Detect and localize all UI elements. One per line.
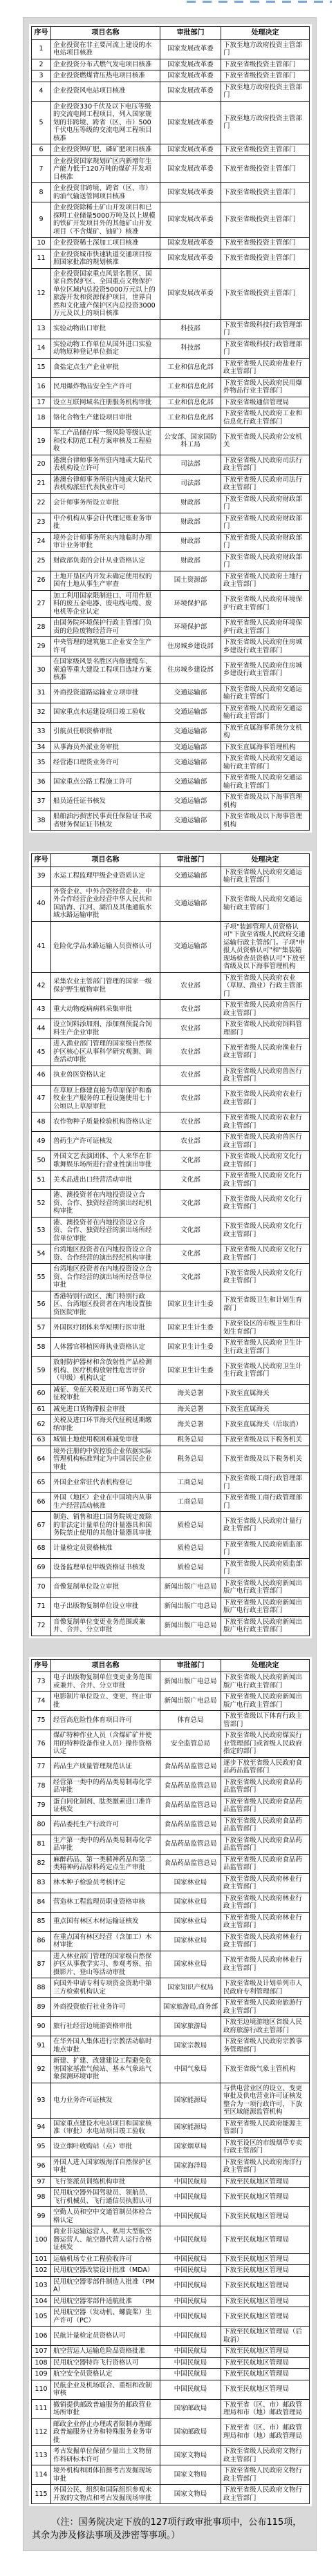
project-name-cell: 计量检定员资格核准 <box>51 1539 160 1558</box>
decision-cell: 下放至省级及以下税务机关 <box>221 1434 310 1446</box>
table-row: 68计量检定员资格核准质检总局下放至省级人民政府质监部门 <box>32 1539 310 1558</box>
seq-cell: 68 <box>32 1539 51 1558</box>
department-cell: 新闻出版广电总局 <box>160 1616 221 1636</box>
decision-cell: 下放至省级以下体育行政主管部门 <box>221 1711 310 1730</box>
decision-cell: 下放至省级投资主管部门 <box>221 59 310 70</box>
department-cell: 农业部 <box>160 1039 221 1066</box>
decision-cell: 下放至民航地区管理局 <box>221 2357 310 2369</box>
seq-cell: 70 <box>32 1578 51 1597</box>
seq-cell: 58 <box>32 1338 51 1357</box>
project-name-cell: 企业投资钾矿肥、磷矿肥项目核准 <box>51 144 160 156</box>
decision-cell: 下放至民航地区管理局 <box>221 2380 310 2399</box>
table-row: 39水运工程监理甲级企业资质认定交通运输部下放至省级人民政府交通运输行政主管部门 <box>32 866 310 886</box>
decision-cell: 下放至民航地区管理局 <box>221 2265 310 2277</box>
decision-cell: 下放至省级及计划单列市人民政府专利管理部门 <box>221 1978 310 1998</box>
seq-cell: 62 <box>32 1415 51 1434</box>
project-name-cell: 引航员任职资格审批 <box>51 722 160 741</box>
department-cell: 工业和信息化部 <box>160 397 221 408</box>
project-name-cell: 减征、免征关税及进口环节海关代征税审批 <box>51 1384 160 1403</box>
project-name-cell: 电力业务许可证核发 <box>51 2083 160 2118</box>
department-cell: 新闻出版广电总局 <box>160 1692 221 1711</box>
decision-cell: 下放至省级人民政府财政部门 <box>221 513 310 532</box>
table-row: 24境外会计师事务所来内地临时办理审计业务审批财政部下放至省级人民政府财政部门 <box>32 532 310 551</box>
decision-cell: 下放至民航地区管理局 <box>221 2188 310 2207</box>
seq-cell: 5 <box>32 101 51 144</box>
table-row: 62关税及进口环节海关代征税延期缴纳审批海关总署下放至直属海关（后取消） <box>32 1415 310 1434</box>
table-row: 81生产第一类中的药品类易制毒化学品审批食品药品监管总局下放至省级人民政府食品药… <box>32 1835 310 1854</box>
department-cell: 住房城乡建设部 <box>160 656 221 684</box>
seq-cell: 61 <box>32 1403 51 1415</box>
department-cell: 国家发展改革委 <box>160 268 221 319</box>
table-row: 22会计师事务所设立审批财政部下放至省级人民政府财政部门 <box>32 493 310 513</box>
table-row: 6企业投资钾矿肥、磷矿肥项目核准国家发展改革委下放至省级投资主管部门 <box>32 144 310 156</box>
table-row: 49兽药生产许可证核发农业部下放至省级人民政府兽医行政主管部门 <box>32 1132 310 1151</box>
decision-cell: 下放至省级人民政府能源主管部门 <box>221 2118 310 2137</box>
seq-cell: 101 <box>32 2253 51 2265</box>
department-cell: 交通运输部 <box>160 811 221 831</box>
project-name-cell: 制造、销售和进口国务院规定废除的非法定计量单位的计量器具和国务院禁止使用的其他计… <box>51 1512 160 1540</box>
department-cell: 环境保护部 <box>160 618 221 637</box>
department-cell: 交通运输部 <box>160 753 221 773</box>
footnote-text: （注：国务院决定下放的127项行政审批事项中，公布115项，其余为涉及修法事项及… <box>32 2516 309 2542</box>
decision-cell: 下放至省级人民政府交通运输行政主管部门 <box>221 703 310 722</box>
seq-cell: 108 <box>32 2357 51 2369</box>
department-cell: 国家发展改革委 <box>160 82 221 101</box>
project-name-cell: 蛋白同化制剂、肽类激素进口准许证核发 <box>51 1796 160 1815</box>
decision-cell: 下放至民航地区管理局 <box>221 2226 310 2254</box>
department-cell: 文化部 <box>160 1171 221 1190</box>
project-name-cell: 企业投资燃煤背压热电项目核准 <box>51 70 160 82</box>
table-row: 46执业兽医资格认定农业部下放至省级人民政府兽医行政主管部门 <box>32 1066 310 1085</box>
table-row: 10企业投资稀土深加工项目核准国家发展改革委下放至省级投资主管部门 <box>32 238 310 249</box>
decision-cell: 下放至直属海事系统分支机构 <box>221 722 310 741</box>
table-row: 57外国医疗团体来华短期行医审批国家卫生计生委下放至设区的市级卫生和计划生育部门 <box>32 1318 310 1338</box>
table-row: 1企业投资在非主要河流上建设的水电站项目核准国家发展改革委下放至地方政府投资主管… <box>32 39 310 59</box>
decision-cell: 下放至省级投资主管部门 <box>221 249 310 268</box>
decision-cell: 下放至民航地区管理局 <box>221 2295 310 2307</box>
decision-cell: 下放至省级投资主管部门 <box>221 268 310 319</box>
department-cell: 国家能源局 <box>160 2118 221 2137</box>
seq-cell: 24 <box>32 532 51 551</box>
seq-cell: 46 <box>32 1066 51 1085</box>
table-page: 序号项目名称审批部门处理决定73电子出版物复制单位变更业务范围或兼并、合并、分立… <box>29 1657 312 2507</box>
project-name-cell: 新建、扩建、改建建设工程避免危害国家基准气候站、基本气象站气象探测环境审批 <box>51 2056 160 2083</box>
seq-cell: 13 <box>32 319 51 339</box>
project-name-cell: 香港特别行政区、澳门特别行政区、台湾地区投资者在内地设置独资医院审批 <box>51 1291 160 1318</box>
seq-cell: 78 <box>32 1777 51 1796</box>
decision-cell: 下放至省级人民政府质监部门 <box>221 1539 310 1558</box>
seq-cell: 92 <box>32 2056 51 2083</box>
table-row: 35经营港口理货业务许可交通运输部下放至省级人民政府交通运输行政主管部门 <box>32 753 310 773</box>
seq-cell: 66 <box>32 1493 51 1512</box>
table-row: 18铬化合物生产建设项目审批工业和信息化部下放至省级人民政府工业和信息化行政主管… <box>32 408 310 428</box>
decision-cell: 下放至省级人民政府农业行政主管部门 <box>221 1112 310 1132</box>
decision-cell: 下放至省级及以下海事管理机构 <box>221 792 310 811</box>
department-cell: 住房城乡建设部 <box>160 637 221 656</box>
decision-cell: 下放至地方政府投资主管部门 <box>221 82 310 101</box>
decision-cell: 下放至省级人民政府农业（草原、渔业）行政主管部门 <box>221 972 310 1000</box>
department-cell: 农业部 <box>160 1132 221 1151</box>
department-cell: 中国民航局 <box>160 2327 221 2346</box>
seq-cell: 60 <box>32 1384 51 1403</box>
seq-cell: 40 <box>32 886 51 921</box>
seq-cell: 115 <box>32 2485 51 2504</box>
table-row: 74电影制片单位设立、变更、终止审批新闻出版广电总局下放至省级人民政府新闻出版广… <box>32 1692 310 1711</box>
seq-cell: 106 <box>32 2327 51 2346</box>
table-header-row: 序号项目名称审批部门处理决定 <box>32 1659 310 1672</box>
department-cell: 交通运输部 <box>160 741 221 753</box>
project-name-cell: 危险化学品水路运输人员资格认可 <box>51 921 160 972</box>
decision-cell: 下放至省（区、市）邮政管理局和市（地）邮政管理局 <box>221 2399 310 2418</box>
seq-cell: 99 <box>32 2207 51 2226</box>
project-name-cell: 中央管理的建筑施工企业安全生产许可 <box>51 637 160 656</box>
table-row: 52港、澳投资者在内地投资设立合资、合作、独资经营的演出经纪机构审批文化部下放至… <box>32 1190 310 1218</box>
table-row: 103民用航空器零部件制造人批准（PMA）中国民航局下放至民航地区管理局 <box>32 2276 310 2295</box>
project-name-cell: 药品生产质量管理规范认证 <box>51 1757 160 1777</box>
decision-cell: 下放至民航地区管理局 <box>221 2346 310 2358</box>
project-name-cell: 企业投资在非主要河流上建设的水电站项目核准 <box>51 39 160 59</box>
department-cell: 国家宗教局 <box>160 2036 221 2056</box>
project-name-cell: 空勤人员和空中交通管制员体检合格认定 <box>51 2207 160 2226</box>
seq-cell: 2 <box>32 59 51 70</box>
seq-cell: 114 <box>32 2465 51 2485</box>
project-name-cell: 人体器官移植医师执业资格认定 <box>51 1338 160 1357</box>
column-header: 项目名称 <box>51 854 160 867</box>
seq-cell: 3 <box>32 70 51 82</box>
project-name-cell: 台湾地区投资者在内地投资设立合资、合作经营的演出场所经营单位审批 <box>51 1264 160 1291</box>
seq-cell: 55 <box>32 1264 51 1291</box>
project-name-cell: 美术品进出口经营活动审批 <box>51 1171 160 1190</box>
project-name-cell: 由国务院环境保护行政主管部门负责的危险废物经营许可 <box>51 618 160 637</box>
table-row: 99空勤人员和空中交通管制员体检合格认定中国民航局下放至民航地区管理局 <box>32 2207 310 2226</box>
table-row: 79蛋白同化制剂、肽类激素进口准许证核发食品药品监管总局下放至省级人民政府食品药… <box>32 1796 310 1815</box>
department-cell: 文化部 <box>160 1244 221 1264</box>
seq-cell: 29 <box>32 637 51 656</box>
decision-cell: 下放至省级人民政府新闻出版广电行政主管部门 <box>221 1692 310 1711</box>
table-row: 29中央管理的建筑施工企业安全生产许可住房城乡建设部下放至省级人民政府住房城乡建… <box>32 637 310 656</box>
seq-cell: 77 <box>32 1757 51 1777</box>
table-row: 31外商投资道路运输业立项审批交通运输部下放至省级人民政府交通运输行政主管部门 <box>32 683 310 703</box>
department-cell: 中国民航局 <box>160 2226 221 2254</box>
department-cell: 质检总局 <box>160 1558 221 1578</box>
table-row: 53港、澳投资者在内地投资设立合资、合作、独资经营的演出场所经营单位审批文化部下… <box>32 1217 310 1244</box>
decision-cell: 下放至省级人民政府交通运输行政主管部门 <box>221 773 310 792</box>
project-name-cell: 农作物种子质量检验机构资格认定 <box>51 1112 160 1132</box>
table-row: 69设备监理单位甲级资格证书核发质检总局下放至省级人民政府质监部门 <box>32 1558 310 1578</box>
department-cell: 财政部 <box>160 551 221 571</box>
department-cell: 国家发展改革委 <box>160 249 221 268</box>
table-row: 50外国文艺表演团体、个人来华在非歌舞娱乐场所进行营业性演出审批文化部下放至省级… <box>32 1151 310 1171</box>
project-name-cell: 音像复制单位设立审批 <box>51 1578 160 1597</box>
table-row: 48农作物种子质量检验机构资格认定农业部下放至省级人民政府农业行政主管部门 <box>32 1112 310 1132</box>
project-name-cell: 考古发掘单位保留少量出土文物留作科研标本许可 <box>51 2446 160 2465</box>
table-row: 45进入渔业部门管理的国家级自然保护区核心区从事科学研究观测、调查活动审批农业部… <box>32 1039 310 1066</box>
department-cell: 国家邮政局 <box>160 2418 221 2446</box>
seq-cell: 43 <box>32 1000 51 1019</box>
seq-cell: 26 <box>32 571 51 590</box>
table-row: 85重点国有林区木材运输证核发国家林业局下放至省级人民政府林业行政主管部门 <box>32 1912 310 1931</box>
decision-cell: 下放至民航地区管理局 <box>221 2253 310 2265</box>
project-name-cell: 台湾地区投资者在内地投资设立合资、合作经营的演出经纪机构审批 <box>51 1244 160 1264</box>
decision-cell: 下放至直属海关 <box>221 1384 310 1403</box>
project-name-cell: 生产第一类中的药品类易制毒化学品审批 <box>51 1835 160 1854</box>
seq-cell: 95 <box>32 2137 51 2157</box>
department-cell: 国家发展改革委 <box>160 59 221 70</box>
department-cell: 海关总署 <box>160 1415 221 1434</box>
department-cell: 国家林业局 <box>160 1873 221 1893</box>
table-row: 100商业非运输运营人、私用大型航空器运营人、航空器代营人运行合格证核发中国民航… <box>32 2226 310 2254</box>
table-row: 27加工利用国家限制进口、可用作原料的废五金电器、废电线电缆、废电机等企业认定环… <box>32 590 310 618</box>
seq-cell: 42 <box>32 972 51 1000</box>
decision-cell: 下放至省级科技行政管理部门 <box>221 319 310 339</box>
decision-cell: 下放至省级人民政府住房城乡建设行政主管部门 <box>221 656 310 684</box>
seq-cell: 36 <box>32 773 51 792</box>
table-page: 序号项目名称审批部门处理决定1企业投资在非主要河流上建设的水电站项目核准国家发展… <box>29 24 312 833</box>
department-cell: 工业和信息化部 <box>160 377 221 397</box>
project-name-cell: 营造林工程监理员职业资格审核 <box>51 1893 160 1912</box>
decision-cell: 下放至省级人民政府煤炭行业管理部门或省级人民政府指定的部门 <box>221 1730 310 1758</box>
table-pages: 序号项目名称审批部门处理决定1企业投资在非主要河流上建设的水电站项目核准国家发展… <box>29 24 312 2506</box>
department-cell: 海关总署 <box>160 1384 221 1403</box>
department-cell: 农业部 <box>160 1019 221 1039</box>
decision-cell: 下放至省级人民政府财政部门 <box>221 493 310 513</box>
project-name-cell: 中介机构从事会计代理记账业务审批 <box>51 513 160 532</box>
seq-cell: 75 <box>32 1711 51 1730</box>
decision-cell: 下放至省级人民政府交通运输行政主管部门 <box>221 753 310 773</box>
seq-cell: 81 <box>32 1835 51 1854</box>
department-cell: 体育总局 <box>160 1711 221 1730</box>
table-row: 20港澳台律师事务所驻内地或大陆代表机构设立许可司法部下放至省级人民政府司法行政… <box>32 455 310 474</box>
department-cell: 国家邮政局 <box>160 2399 221 2418</box>
decision-cell: 下放至省级投资主管部门 <box>221 202 310 238</box>
department-cell: 中国民航局 <box>160 2207 221 2226</box>
decision-cell: 下放至省级投资主管部门 <box>221 144 310 156</box>
department-cell: 国家卫生计生委 <box>160 1338 221 1357</box>
project-name-cell: 在国家级风景名胜区内修建缆车、索道等重大建设工程项目选址方案核准 <box>51 656 160 684</box>
project-name-cell: 国家重点公路工程施工许可 <box>51 773 160 792</box>
column-header: 处理决定 <box>221 1659 310 1672</box>
seq-cell: 79 <box>32 1796 51 1815</box>
table-row: 82麻醉药品、第一类精神药品和第二类精神药品原料药定点生产审批食品药品监管总局下… <box>32 1854 310 1873</box>
department-cell: 科技部 <box>160 319 221 339</box>
table-row: 110民航企业及机场联合、重组和改制审核中国民航局下放至民航地区管理局 <box>32 2380 310 2399</box>
department-cell: 中国民航局 <box>160 2176 221 2188</box>
decision-cell: 下放至直属海关 <box>221 1403 310 1415</box>
seq-cell: 83 <box>32 1873 51 1893</box>
project-name-cell: 外国人进入国家级海洋自然保护区审批 <box>51 2157 160 2176</box>
decision-cell: 下放至省级人民政府宗教事务管理部门 <box>221 2036 310 2056</box>
project-name-cell: 土地开垦区内开发未确定使用权的国有土地从事生产审查 <box>51 571 160 590</box>
decision-cell: 下放至省级人民政府林业行政主管部门 <box>221 1951 310 1978</box>
project-name-cell: 境外会计师事务所来内地临时办理审计业务审批 <box>51 532 160 551</box>
column-header: 项目名称 <box>51 27 160 40</box>
table-row: 5企业投资330千伏及以下电压等级的交流电网工程项目，列入国家规划的非跨境、跨省… <box>32 101 310 144</box>
seq-cell: 21 <box>32 474 51 493</box>
project-name-cell: 外资企业、中外合资经营企业、中外合作经营企业经营中华人民共和国沿海、江河、湖泊及… <box>51 886 160 921</box>
project-name-cell: 林木种子检验员考核评定 <box>51 1873 160 1893</box>
project-name-cell: 港澳台律师事务所驻内地或大陆代表机构设立许可 <box>51 455 160 474</box>
table-row: 26土地开垦区内开发未确定使用权的国有土地从事生产审查国土资源部下放至省级人民政… <box>32 571 310 590</box>
table-row: 114境外机构和团体拍摄考古发掘现场审批国家文物局下放至省级人民政府文物行政主管… <box>32 2465 310 2485</box>
table-row: 56香港特别行政区、澳门特别行政区、台湾地区投资者在内地设置独资医院审批国家卫生… <box>32 1291 310 1318</box>
decision-cell: 与供电营业区的设立、变更审批及供电营业许可证核发整合为一项行政许可，下放至区域能… <box>221 2083 310 2118</box>
project-name-cell: 企业投资分布式燃气发电项目核准 <box>51 59 160 70</box>
decision-cell: 下放至省级人民政府文化行政主管部门 <box>221 1244 310 1264</box>
project-name-cell: 船员适任证书核发 <box>51 792 160 811</box>
department-cell: 公安部、国家国防科工局 <box>160 428 221 455</box>
seq-cell: 8 <box>32 183 51 202</box>
seq-cell: 82 <box>32 1854 51 1873</box>
project-name-cell: 飞行签派员训练机构审批 <box>51 2176 160 2188</box>
department-cell: 食品药品监管总局 <box>160 1777 221 1796</box>
seq-cell: 1 <box>32 39 51 59</box>
seq-cell: 38 <box>32 811 51 831</box>
table-row: 54台湾地区投资者在内地投资设立合资、合作经营的演出经纪机构审批文化部下放至省级… <box>32 1244 310 1264</box>
seq-cell: 22 <box>32 493 51 513</box>
department-cell: 交通运输部 <box>160 703 221 722</box>
decision-cell: 下放至省级人民政府食品药品监管部门 <box>221 1835 310 1854</box>
seq-cell: 80 <box>32 1815 51 1835</box>
decision-cell: 下放至地方政府投资主管部门 <box>221 39 310 59</box>
project-name-cell: 港澳台律师事务所驻内地或大陆代表机构派驻代表执业许可 <box>51 474 160 493</box>
seq-cell: 59 <box>32 1357 51 1385</box>
seq-cell: 47 <box>32 1085 51 1112</box>
table-row: 107航空营运人运输危险品资格批准中国民航局下放至民航地区管理局 <box>32 2346 310 2358</box>
project-name-cell: 进入林业部门管理的国家级自然保护区从事教学实习、参观考察、拍摄影片、登山等活动审… <box>51 1951 160 1978</box>
table-row: 47在草原上修建直接为草原保护和畜牧业生产服务的工程设施使用七十公顷以上草原审批… <box>32 1085 310 1112</box>
table-row: 14实验动物工作单位从国外进口实验动物原种登记单位指定科技部下放至省级科技行政管… <box>32 339 310 358</box>
table-row: 41危险化学品水路运输人员资格认可交通运输部子项"装卸管理人员资格认可"下放至省… <box>32 921 310 972</box>
seq-cell: 56 <box>32 1291 51 1318</box>
project-name-cell: 民用航空器（发动机、螺旋桨）生产许可（PC） <box>51 2307 160 2327</box>
project-name-cell: 电子出版物复制单位变更业务范围或兼并、合并、分立审批 <box>51 1672 160 1692</box>
seq-cell: 71 <box>32 1597 51 1616</box>
approval-items-table: 序号项目名称审批部门处理决定73电子出版物复制单位变更业务范围或兼并、合并、分立… <box>31 1659 310 2505</box>
table-row: 86在重点国有林区经营（含加工）木材审批国家林业局下放至省级人民政府林业行政主管… <box>32 1931 310 1951</box>
seq-cell: 64 <box>32 1446 51 1473</box>
department-cell: 财政部 <box>160 513 221 532</box>
department-cell: 质检总局 <box>160 1539 221 1558</box>
seq-cell: 111 <box>32 2399 51 2418</box>
seq-cell: 65 <box>32 1473 51 1493</box>
department-cell: 工业和信息化部 <box>160 358 221 377</box>
department-cell: 科技部 <box>160 339 221 358</box>
project-name-cell: 船舶油污损害民事责任保险证书或者财务保证证书核发 <box>51 811 160 831</box>
department-cell: 国家卫生计生委 <box>160 1357 221 1385</box>
project-name-cell: 设立互联网域名注册服务机构审批 <box>51 397 160 408</box>
table-row: 65外国企业常驻代表机构登记工商总局下放至省级工商行政管理部门 <box>32 1473 310 1493</box>
project-name-cell: 企业投资风电站项目核准 <box>51 82 160 101</box>
table-row: 70音像复制单位设立审批新闻出版广电总局下放至省级人民政府新闻出版广电行政主管部… <box>32 1578 310 1597</box>
seq-cell: 96 <box>32 2157 51 2176</box>
decision-cell: 下放至省级人民政府交通运输行政主管部门 <box>221 683 310 703</box>
table-row: 60减征、免征关税及进口环节海关代征税审批海关总署下放至直属海关 <box>32 1384 310 1403</box>
clipped-content-strip <box>187 1 332 3</box>
seq-cell: 27 <box>32 590 51 618</box>
seq-cell: 25 <box>32 551 51 571</box>
decision-cell: 下放至直属海事管理机构 <box>221 741 310 753</box>
decision-cell: 下放至省级人民政府林业行政主管部门 <box>221 1893 310 1912</box>
department-cell: 国家发展改革委 <box>160 144 221 156</box>
table-row: 96外国人进入国家级海洋自然保护区审批国家海洋局下放至省级人民政府海洋行政主管部… <box>32 2157 310 2176</box>
project-name-cell: 从事海员外派业务审批 <box>51 741 160 753</box>
decision-cell: 下放至省级人民政府文化行政主管部门 <box>221 1171 310 1190</box>
department-cell: 中国民航局 <box>160 2295 221 2307</box>
project-name-cell: 实验动物工作单位从国外进口实验动物原种登记单位指定 <box>51 339 160 358</box>
decision-cell: 下放至省级气象主管机构 <box>221 2056 310 2083</box>
department-cell: 新闻出版广电总局 <box>160 1597 221 1616</box>
project-name-cell: 企业投资稀土深加工项目核准 <box>51 238 160 249</box>
project-name-cell: 航空营运人运输危险品资格批准 <box>51 2346 160 2358</box>
department-cell: 国家林业局 <box>160 1931 221 1951</box>
table-row: 12企业投资国家重点风景名胜区、国家自然保护区、全国重点文物保护单位区域内总投资… <box>32 268 310 319</box>
seq-cell: 69 <box>32 1558 51 1578</box>
project-name-cell: 民用航空器零部件适航批准 <box>51 2295 160 2307</box>
decision-cell: 下放至省级人民政府旅游行政主管部门 <box>221 1998 310 2017</box>
project-name-cell: 运输机场专业工程验收许可 <box>51 2253 160 2265</box>
seq-cell: 15 <box>32 358 51 377</box>
seq-cell: 97 <box>32 2176 51 2188</box>
department-cell: 农业部 <box>160 1066 221 1085</box>
department-cell: 国家能源局 <box>160 2083 221 2118</box>
decision-cell: 下放至设区的市级卫生和计划生育部门 <box>221 1318 310 1338</box>
seq-cell: 34 <box>32 741 51 753</box>
department-cell: 中国民航局 <box>160 2357 221 2369</box>
project-name-cell: 水运工程监理甲级企业资质认定 <box>51 866 160 886</box>
decision-cell: 下放至省级人民政府农业行政主管部门 <box>221 1085 310 1112</box>
decision-cell: 下放至省级人民政府食品药品监管部门 <box>221 1854 310 1873</box>
table-row: 115外国公民、组织和国际组织参观未开放的文物点和考古发掘现场审批国家文物局下放… <box>32 2485 310 2504</box>
seq-cell: 11 <box>32 249 51 268</box>
department-cell: 食品药品监管总局 <box>160 1835 221 1854</box>
project-name-cell: 境外注册的中资控股企业依据实际管理机构标准判定为中国居民企业审批 <box>51 1446 160 1473</box>
project-name-cell: 外商投资道路运输业立项审批 <box>51 683 160 703</box>
project-name-cell: 在华外国人集体进行宗教活动临时地点审批 <box>51 2036 160 2056</box>
decision-cell: 下放至省级人民政府文物行政主管部门 <box>221 2465 310 2485</box>
table-row: 13实验动物出口审批科技部下放至省级科技行政管理部门 <box>32 319 310 339</box>
table-row: 51美术品进出口经营活动审批文化部下放至省级人民政府文化行政主管部门 <box>32 1171 310 1190</box>
department-cell: 环境保护部 <box>160 590 221 618</box>
project-name-cell: 电影制片单位设立、变更、终止审批 <box>51 1692 160 1711</box>
department-cell: 交通运输部 <box>160 683 221 703</box>
decision-cell: 下放至省级投资主管部门 <box>221 70 310 82</box>
table-row: 34从事海员外派业务审批交通运输部下放至直属海事管理机构 <box>32 741 310 753</box>
decision-cell: 下放至省级人民政府住房城乡建设行政主管部门 <box>221 637 310 656</box>
project-name-cell: 企业投资330千伏及以下电压等级的交流电网工程项目，列入国家规划的非跨境、跨省（… <box>51 101 160 144</box>
table-row: 59放射防护器材和含放射性产品检测机构、医疗机构放射性危害评价（甲级）机构认定国… <box>32 1357 310 1385</box>
department-cell: 财政部 <box>160 493 221 513</box>
department-cell: 农业部 <box>160 1112 221 1132</box>
project-name-cell: 重大动物疫病病料采集审批 <box>51 1000 160 1019</box>
project-name-cell: 经营第一类中的药品类易制毒化学品审批 <box>51 1777 160 1796</box>
department-cell: 税务总局 <box>160 1434 221 1446</box>
table-row: 63城镇土地使用税困难减免审批税务总局下放至省级及以下税务机关 <box>32 1434 310 1446</box>
project-name-cell: 外国文艺表演团体、个人来华在非歌舞娱乐场所进行营业性演出审批 <box>51 1151 160 1171</box>
seq-cell: 49 <box>32 1132 51 1151</box>
table-row: 19军工产品储存库一级风险等级认定和技术防范工程方案审核及工程验收公安部、国家国… <box>32 428 310 455</box>
department-cell: 安全监管总局 <box>160 1730 221 1758</box>
table-row: 2企业投资分布式燃气发电项目核准国家发展改革委下放至省级投资主管部门 <box>32 59 310 70</box>
project-name-cell: 民航企业及机场联合、重组和改制审核 <box>51 2380 160 2399</box>
table-row: 23中介机构从事会计代理记账业务审批财政部下放至省级人民政府财政部门 <box>32 513 310 532</box>
seq-cell: 103 <box>32 2276 51 2295</box>
seq-cell: 72 <box>32 1616 51 1636</box>
decision-cell: 下放至省级工商行政管理部门 <box>221 1473 310 1493</box>
table-row: 93电力业务许可证核发国家能源局与供电营业区的设立、变更审批及供电营业许可证核发… <box>32 2083 310 2118</box>
department-cell: 中国民航局 <box>160 2276 221 2295</box>
project-name-cell: 麻醉药品、第一类精神药品和第二类精神药品原料药定点生产审批 <box>51 1854 160 1873</box>
table-row: 64境外注册的中资控股企业依据实际管理机构标准判定为中国居民企业审批税务总局下放… <box>32 1446 310 1473</box>
